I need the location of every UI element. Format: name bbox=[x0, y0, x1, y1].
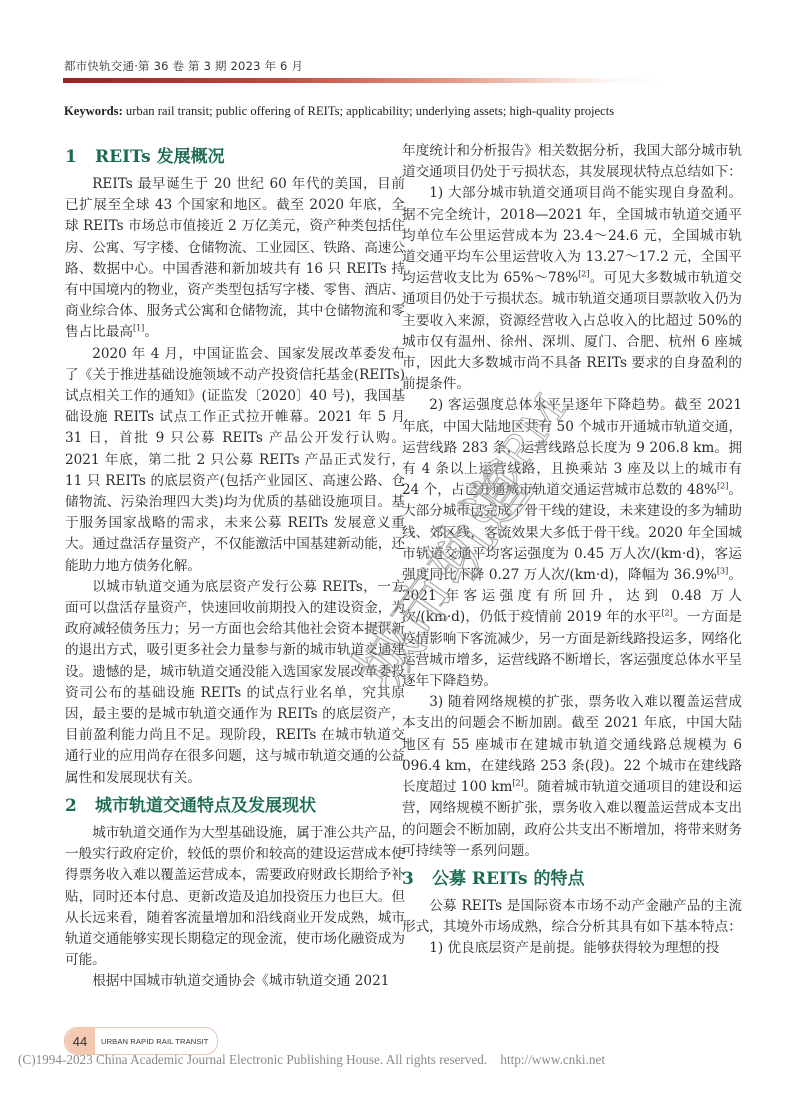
list-item: 1) 大部分城市轨道交通项目尚不能实现自身盈利。据不完全统计，2018—2021… bbox=[402, 183, 742, 395]
list-item: 2) 客运强度总体水平呈逐年下降趋势。截至 2021 年底，中国大陆地区共有 5… bbox=[402, 395, 742, 692]
paragraph: 1) 优良底层资产是前提。能够获得较为理想的投 bbox=[402, 938, 742, 959]
section-heading-1: 1REITs 发展概况 bbox=[65, 144, 405, 170]
section-title: 公募 REITs 的特点 bbox=[432, 869, 585, 889]
section-number: 2 bbox=[65, 793, 95, 819]
paragraph: 公募 REITs 是国际资本市场不动产金融产品的主流形式，其境外市场成熟，综合分… bbox=[402, 896, 742, 938]
paragraph-text: 。可见大多数城市轨道交通项目仍处于亏损状态。城市轨道交通项目票款收入仍为主要收入… bbox=[402, 270, 742, 392]
left-column: 1REITs 发展概况 REITs 最早诞生于 20 世纪 60 年代的美国，目… bbox=[65, 140, 405, 993]
section-number: 1 bbox=[65, 144, 95, 170]
paragraph: REITs 最早诞生于 20 世纪 60 年代的美国，目前已扩展至全球 43 个… bbox=[65, 174, 405, 344]
journal-name: URBAN RAPID RAIL TRANSIT bbox=[95, 1037, 208, 1046]
list-item: 3) 随着网络规模的扩张，票务收入难以覆盖运营成本支出的问题会不断加剧。截至 2… bbox=[402, 692, 742, 862]
copyright-notice: (C)1994-2023 China Academic Journal Elec… bbox=[18, 1052, 605, 1068]
citation-ref: [1] bbox=[133, 324, 144, 333]
citation-ref: [3] bbox=[717, 567, 728, 576]
paragraph: 以城市轨道交通为底层资产发行公募 REITs，一方面可以盘活存量资产，快速回收前… bbox=[65, 577, 405, 789]
paragraph-text: 2) 客运强度总体水平呈逐年下降趋势。截至 2021 年底，中国大陆地区共有 5… bbox=[402, 397, 742, 498]
page-number: 44 bbox=[65, 1028, 95, 1054]
keywords-label: Keywords: bbox=[64, 104, 123, 118]
paragraph-text: REITs 最早诞生于 20 世纪 60 年代的美国，目前已扩展至全球 43 个… bbox=[65, 176, 405, 340]
citation-ref: [2] bbox=[578, 270, 589, 279]
keywords-line: Keywords: urban rail transit; public off… bbox=[64, 104, 744, 119]
running-head: 都市快轨交通·第 36 卷 第 3 期 2023 年 6 月 bbox=[64, 58, 303, 74]
keywords-text: urban rail transit; public offering of R… bbox=[123, 104, 614, 118]
citation-ref: [2] bbox=[717, 482, 728, 491]
section-title: 城市轨道交通特点及发展现状 bbox=[95, 796, 316, 816]
citation-ref: [2] bbox=[512, 779, 523, 788]
section-title: REITs 发展概况 bbox=[95, 147, 225, 167]
paragraph: 根据中国城市轨道交通协会《城市轨道交通 2021 bbox=[65, 971, 405, 992]
section-heading-3: 3公募 REITs 的特点 bbox=[402, 866, 742, 892]
paragraph-text: 。 bbox=[144, 324, 158, 340]
header-rule-divider bbox=[63, 78, 663, 83]
right-column: 年度统计和分析报告》相关数据分析，我国大部分城市轨道交通项目仍处于亏损状态，其发… bbox=[402, 141, 742, 960]
section-number: 3 bbox=[402, 866, 432, 892]
footer-page-badge: 44 URBAN RAPID RAIL TRANSIT bbox=[64, 1027, 218, 1055]
section-heading-2: 2城市轨道交通特点及发展现状 bbox=[65, 793, 405, 819]
citation-ref: [2] bbox=[661, 609, 672, 618]
paragraph: 城市轨道交通作为大型基础设施，属于准公共产品，一般实行政府定价，较低的票价和较高… bbox=[65, 823, 405, 971]
paragraph: 2020 年 4 月，中国证监会、国家发展改革委发布了《关于推进基础设施领域不动… bbox=[65, 344, 405, 577]
paragraph: 年度统计和分析报告》相关数据分析，我国大部分城市轨道交通项目仍处于亏损状态，其发… bbox=[402, 141, 742, 183]
